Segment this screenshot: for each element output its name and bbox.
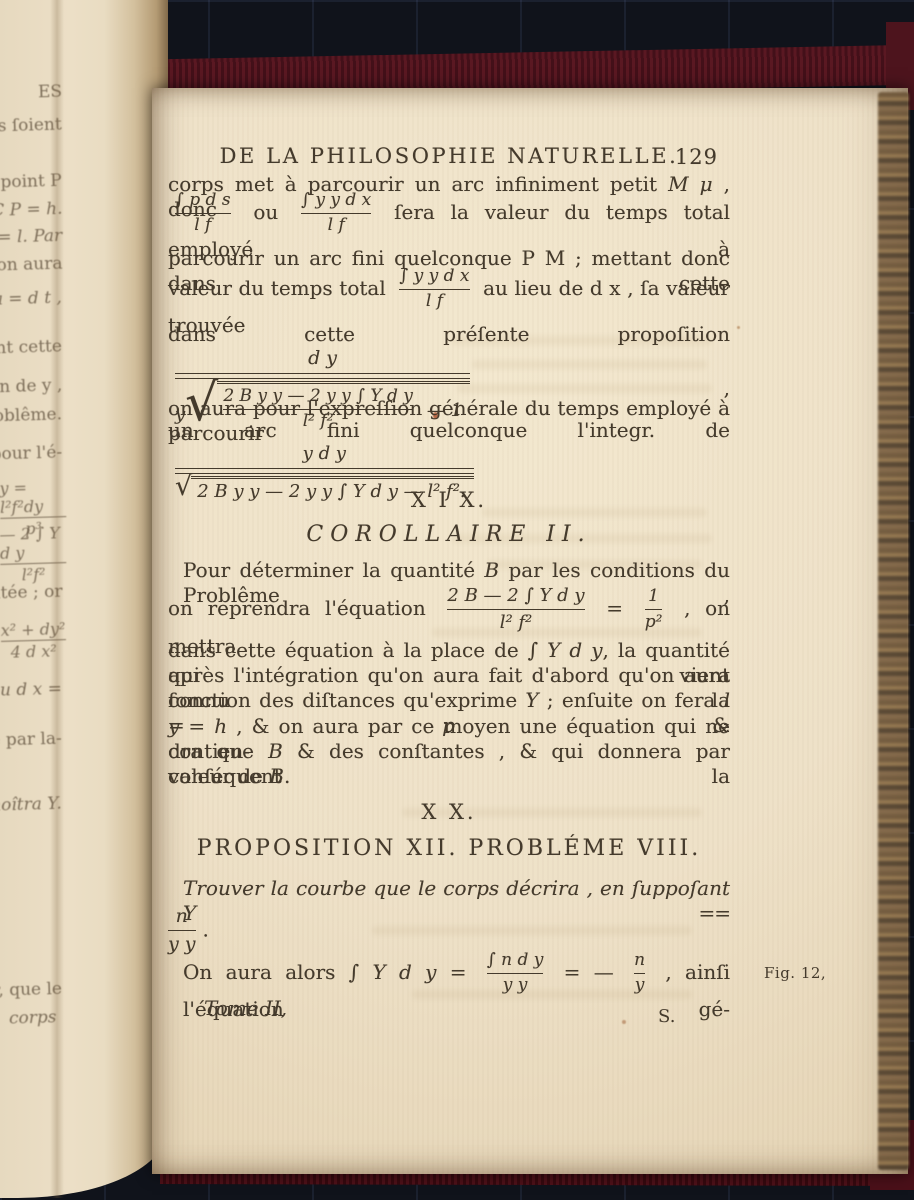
section-number: X X. [168, 800, 730, 825]
page-title: DE LA PHILOSOPHIE NATURELLE. [220, 144, 679, 168]
fraction: 2 B — 2 ∫ Y d yl² f² [447, 585, 584, 634]
math-var: B [269, 764, 284, 788]
fraction-bar [634, 973, 645, 974]
fraction-numerator: y d y [303, 443, 346, 466]
fraction-bar [645, 609, 663, 610]
fraction-bar [399, 289, 469, 290]
spine-frac-num: — 2 ∫ Y d y [0, 523, 66, 563]
body-text: On aura alors [183, 960, 349, 984]
body-text: fonction des diſtances qu'exprime [168, 688, 525, 712]
spine-fragment: onnoîtra Y. [0, 794, 62, 817]
spine-fragment: t C P = h. [0, 199, 62, 221]
math-var: y = h [168, 714, 227, 738]
fraction: ∫ y y d xl f [399, 266, 469, 313]
tome-footer: Tome II, [204, 996, 287, 1020]
previous-page-sliver: ES corps ſoient au point P t C P = h. Q … [0, 0, 168, 1198]
fraction-denominator: l² f² [500, 612, 533, 635]
spine-fragment: Q = l. Par [0, 226, 62, 248]
spine-fragment: ES [38, 82, 63, 103]
body-text: un arc fini quelconque l'integr. de [168, 418, 730, 442]
fraction-denominator: l f [194, 215, 211, 236]
fraction-bar [487, 973, 544, 974]
spine-fragment: préſent cette [0, 336, 62, 359]
spine-fragment: corps ſoient [0, 115, 62, 138]
fraction-denominator: y y [503, 975, 528, 996]
math-var: B [484, 558, 499, 582]
body-text: valeur du temps total [168, 276, 386, 300]
fraction-numerator: ∫ p d s [175, 190, 231, 211]
body-text: . [284, 764, 290, 788]
body-text: on reprendra l'équation [168, 596, 426, 620]
signature-mark: S. [658, 1006, 675, 1027]
spine-fragment: ura pour l'é- [0, 443, 62, 466]
section-title: PROPOSITION XII. PROBLÉME VIII. [168, 836, 730, 861]
fraction-denominator: p² [645, 612, 663, 633]
spine-fragment: onction de y , [0, 375, 62, 398]
body-text: dans cette équation à la place de [168, 638, 528, 662]
body-text: dra que [168, 739, 268, 763]
fraction-denominator: l f [328, 215, 345, 236]
spine-frac-num: x² + dy² [1, 619, 66, 640]
fraction: ∫ y y d xl f [301, 190, 371, 237]
body-text: dans cette préſente propoſition [168, 322, 730, 346]
fraction-bar [168, 930, 196, 931]
spine-fragment: ielle par la- [0, 729, 62, 752]
fraction: ∫ p d sl f [175, 190, 231, 237]
margin-figure-note: Fig. 12, [764, 964, 826, 982]
fraction: ny [634, 950, 645, 997]
fraction-numerator: 1 [648, 586, 659, 607]
section-title: COROLLAIRE II. [168, 522, 730, 547]
fraction-bar [301, 213, 371, 214]
text-line: valeur de B. [168, 764, 730, 789]
body-text: ou [253, 200, 278, 224]
page-fore-edge [878, 92, 909, 1170]
book-page: DE LA PHILOSOPHIE NATURELLE. 129 corps m… [152, 88, 908, 1174]
formula-line: ny y. [168, 905, 730, 957]
fraction: ny y [168, 905, 196, 957]
body-text: . [203, 917, 209, 941]
math-var: ∫ Y d y [528, 638, 603, 662]
equals-sign: = [450, 960, 467, 984]
fraction-numerator: ∫ y y d x [301, 190, 371, 211]
fraction-bar [175, 468, 474, 474]
spine-fragment-fraction: x² + dy² 4 d x² [1, 619, 67, 662]
spine-fragment-fraction: — 2 ∫ Y d y l²f² [0, 523, 67, 585]
spine-fragment-catchword: corps [8, 1007, 56, 1028]
spine-fragment: M μ = d t , [0, 288, 62, 311]
math-var: ∫ Y d y [349, 960, 437, 984]
fraction-denominator: y [635, 975, 645, 996]
spine-fragment: du Problême. [0, 404, 62, 427]
math-var: B [268, 739, 283, 763]
fraction-bar [175, 213, 231, 214]
body-text: Pour déterminer la quantité [183, 558, 484, 582]
body-text: valeur de [168, 764, 269, 788]
fraction-numerator: d y [308, 347, 337, 371]
fraction-numerator: 2 B — 2 ∫ Y d y [447, 585, 584, 608]
fraction-numerator: ∫ y y d x [399, 266, 469, 287]
section-number: X I X. [168, 488, 730, 513]
fraction-bar [175, 373, 470, 379]
fraction-denominator: l f [426, 291, 443, 312]
fraction-numerator: n [634, 950, 645, 971]
body-text: Trouver la courbe que le corps décrira ,… [183, 876, 730, 900]
spine-fragment: au point P [0, 171, 62, 193]
spine-frac-num: y = l²f²dy [0, 477, 66, 517]
spine-fragment: , ou d x = [0, 679, 62, 701]
math-var: Y [525, 688, 538, 712]
foxing-spot [737, 326, 740, 329]
book-photo: ES corps ſoient au point P t C P = h. Q … [0, 0, 914, 1200]
spine-fragment: inſi on aura [0, 254, 62, 277]
fraction: ∫ n d yy y [487, 950, 544, 997]
spine-fragment: ar, que le [0, 979, 62, 1001]
equals-sign: = — [564, 960, 614, 984]
spine-frac-den: 4 d x² [11, 641, 58, 661]
fraction-numerator: n [176, 905, 188, 929]
fraction-bar [447, 609, 584, 610]
page-number: 129 [675, 145, 718, 170]
fraction-numerator: ∫ n d y [487, 950, 544, 971]
body-text: ; enſuite on fera [539, 688, 724, 712]
equals-sign: = [606, 596, 623, 620]
running-head: DE LA PHILOSOPHIE NATURELLE. 129 [168, 144, 730, 169]
spine-fragment: ajoutée ; or [0, 582, 62, 605]
fraction: 1p² [645, 586, 663, 633]
